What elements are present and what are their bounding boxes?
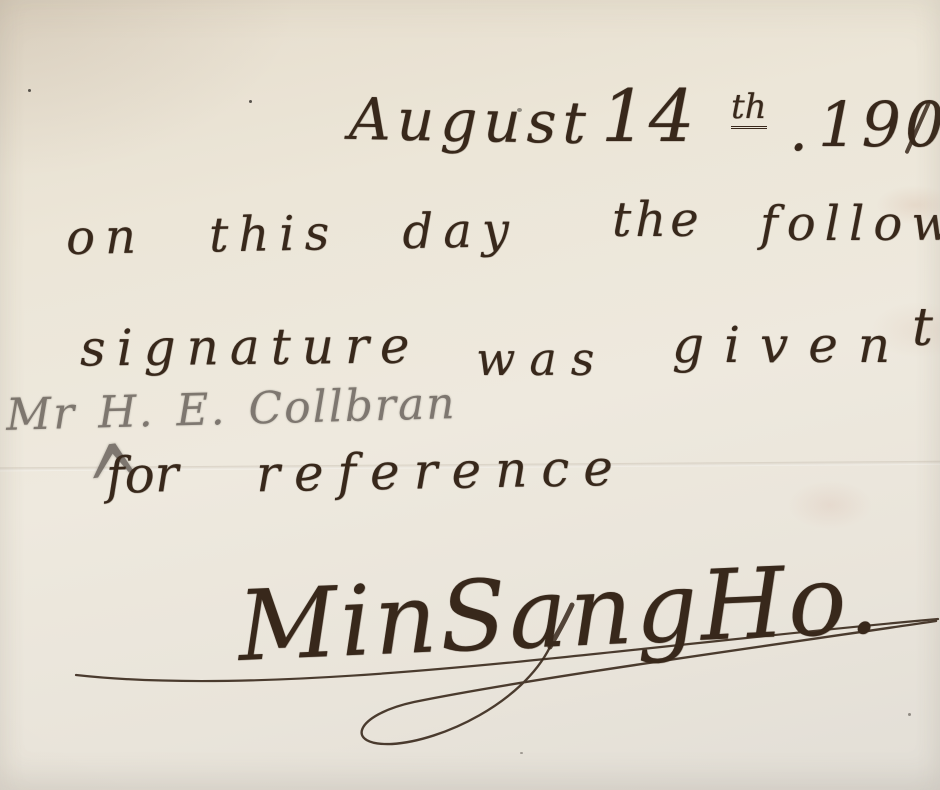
body-line2-signature-word: signature [80,321,421,374]
paper-speck [520,752,523,754]
date-month: August [349,90,593,152]
pencil-inserted-name: Mr H. E. Collbran [6,382,458,438]
body-line3-reference: reference [256,443,628,499]
body-line1-the: the [612,196,703,244]
body-line2-given: given [672,320,910,370]
date-ordinal-superscript: th [731,90,767,129]
paper-speck [249,100,252,103]
signature-name: MinSangHo. [236,550,883,675]
date-day: 14 [601,80,697,152]
handwritten-document-photo: August 14 th . 190 on this day the follo… [0,0,940,790]
date-year-partial: 190 [818,94,940,156]
paper-speck [28,89,31,92]
body-line3-for: for [105,449,179,502]
body-line1-follow-cutoff: follow [760,200,940,248]
body-line1-left: on this day [66,206,520,262]
date-separator: . [789,100,808,160]
body-line2-was: was [476,336,608,382]
paper-speck [908,713,911,716]
body-line2-partial-letter: t [912,302,933,354]
